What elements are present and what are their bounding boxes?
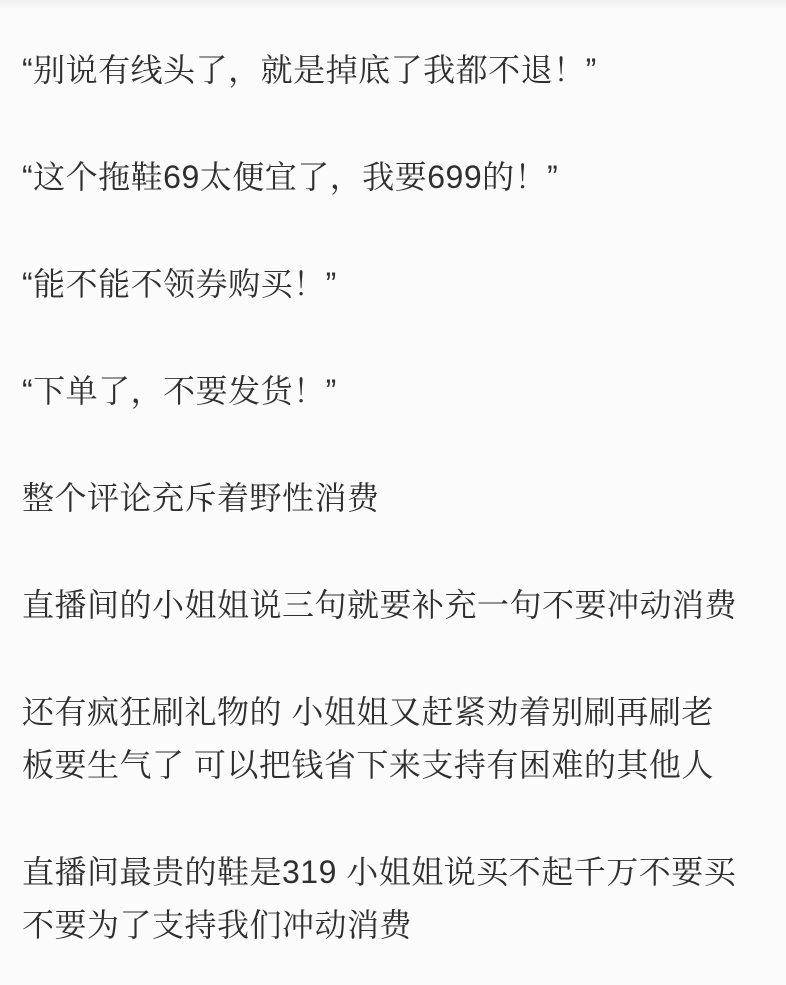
quote-line-2: “这个拖鞋69太便宜了，我要699的！” (22, 151, 768, 204)
article-text-block: “别说有线头了，就是掉底了我都不退！” “这个拖鞋69太便宜了，我要699的！”… (0, 0, 786, 952)
quote-line-1: “别说有线头了，就是掉底了我都不退！” (22, 44, 768, 97)
paragraph-most-expensive-shoes: 直播间最贵的鞋是319 小姐姐说买不起千万不要买 不要为了支持我们冲动消费 (22, 846, 768, 952)
quote-line-4: “下单了，不要发货！” (22, 365, 768, 418)
paragraph-gifts-advice: 还有疯狂刷礼物的 小姐姐又赶紧劝着别刷再刷老 板要生气了 可以把钱省下来支持有困… (22, 686, 768, 792)
quote-line-3: “能不能不领券购买！” (22, 258, 768, 311)
paragraph-wild-consumption: 整个评论充斥着野性消费 (22, 472, 768, 525)
paragraph-host-reminder: 直播间的小姐姐说三句就要补充一句不要冲动消费 (22, 579, 768, 632)
